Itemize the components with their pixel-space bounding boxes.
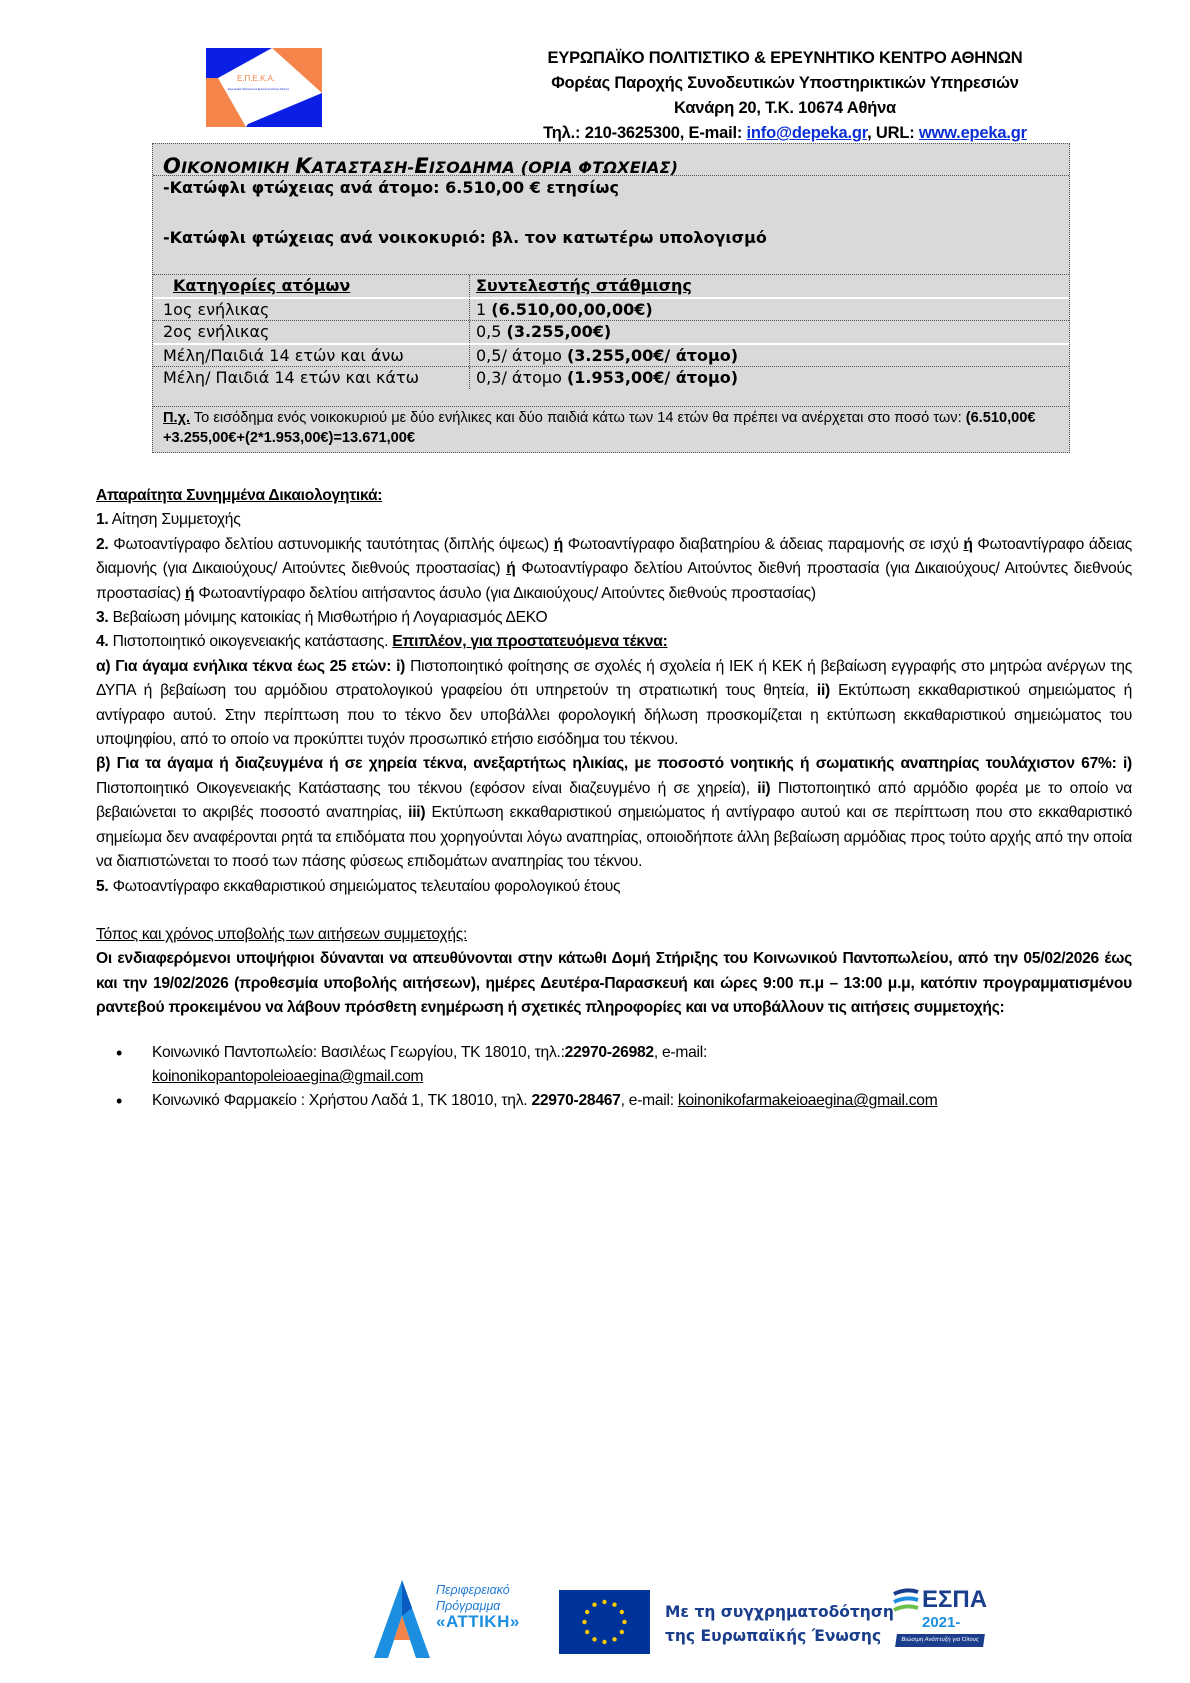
threshold-per-household: -Κατώφλι φτώχειας ανά νοικοκυριό: βλ. το… xyxy=(163,228,767,247)
contact-item: Κοινωνικό Φαρμακείο : Χρήστου Λαδά 1, ΤΚ… xyxy=(96,1089,1132,1113)
website-link[interactable]: www.epeka.gr xyxy=(919,124,1027,142)
table-row: Μέλη/Παιδιά 14 ετών και άνω 0,5/ άτομο (… xyxy=(153,343,1069,366)
contact-item: Κοινωνικό Παντοπωλείο: Βασιλέως Γεωργίου… xyxy=(96,1041,1132,1090)
epeka-logo: Ε.Π.Ε.Κ.Α. Ευρωπαϊκό Πολιτιστικό & Ερευν… xyxy=(206,48,322,127)
row-category: Μέλη/ Παιδιά 14 ετών και κάτω xyxy=(163,368,419,387)
eu-flag-icon xyxy=(559,1590,650,1654)
url-label: , URL: xyxy=(867,124,919,142)
table-row: 2ος ενήλικας 0,5 (3.255,00€) xyxy=(153,320,1069,343)
document-item-3: 3. Βεβαίωση μόνιμης κατοικίας ή Μισθωτήρ… xyxy=(96,606,1132,630)
org-subtitle: Φορέας Παροχής Συνοδευτικών Υποστηρικτικ… xyxy=(440,71,1130,96)
contact-email-link[interactable]: koinonikopantopoleioaegina@gmail.com xyxy=(152,1068,423,1085)
document-item-4a: α) Για άγαμα ενήλικα τέκνα έως 25 ετών: … xyxy=(96,655,1132,753)
contact-list: Κοινωνικό Παντοπωλείο: Βασιλέως Γεωργίου… xyxy=(96,1041,1132,1114)
income-threshold-box: ΟΙΚΟΝΟΜΙΚΗ ΚΑΤΑΣΤΑΣΗ-ΕΙΣΟΔΗΜΑ (ΟΡΙΑ ΦΤΩΧ… xyxy=(152,143,1070,453)
header-factor: Συντελεστής στάθμισης xyxy=(476,276,692,295)
email-link[interactable]: info@depeka.gr xyxy=(747,124,868,142)
table-row: 1ος ενήλικας 1 (6.510,00,00,00€) xyxy=(153,297,1069,320)
funding-logos: Περιφερειακό Πρόγραμμα «ΑΤΤΙΚΗ» Με τη συ… xyxy=(372,1578,1012,1668)
svg-text:Ε.Π.Ε.Κ.Α.: Ε.Π.Ε.Κ.Α. xyxy=(237,74,275,83)
org-name: ΕΥΡΩΠΑΪΚΟ ΠΟΛΙΤΙΣΤΙΚΟ & ΕΡΕΥΝΗΤΙΚΟ ΚΕΝΤΡ… xyxy=(440,46,1130,71)
submission-heading: Τόπος και χρόνος υποβολής των αιτήσεων σ… xyxy=(96,923,1132,947)
calculation-example: Π.χ. Το εισόδημα ενός νοικοκυριού με δύο… xyxy=(153,406,1069,448)
threshold-per-person: -Κατώφλι φτώχειας ανά άτομο: 6.510,00 € … xyxy=(163,178,619,197)
document-item-4b: β) Για τα άγαμα ή διαζευγμένα ή σε χηρεί… xyxy=(96,752,1132,874)
row-factor: 0,5/ άτομο (3.255,00€/ άτομο) xyxy=(476,346,738,365)
document-item-2: 2. Φωτοαντίγραφο δελτίου αστυνομικής ταυ… xyxy=(96,533,1132,606)
document-item-4: 4. Πιστοποιητικό οικογενειακής κατάσταση… xyxy=(96,630,1132,654)
espa-waves-icon xyxy=(892,1588,920,1618)
attiki-text: Περιφερειακό Πρόγραμμα «ΑΤΤΙΚΗ» xyxy=(436,1582,520,1630)
org-address: Κανάρη 20, Τ.Κ. 10674 Αθήνα xyxy=(440,96,1130,121)
attiki-a-icon xyxy=(372,1578,434,1663)
weighting-table: Κατηγορίες ατόμων Συντελεστής στάθμισης … xyxy=(153,274,1069,389)
document-body: Απαραίτητα Συνημμένα Δικαιολογητικά: 1. … xyxy=(96,484,1132,1114)
example-label: Π.χ. xyxy=(163,410,190,426)
row-factor: 1 (6.510,00,00,00€) xyxy=(476,300,653,319)
eu-cofunding-text: Με τη συγχρηματοδότηση της Ευρωπαϊκής Έν… xyxy=(665,1600,894,1648)
contact-email-link[interactable]: koinonikofarmakeioaegina@gmail.com xyxy=(678,1092,938,1109)
epeka-logo-graphic: Ε.Π.Ε.Κ.Α. Ευρωπαϊκό Πολιτιστικό & Ερευν… xyxy=(206,48,322,127)
row-factor: 0,5 (3.255,00€) xyxy=(476,322,611,341)
svg-text:Ευρωπαϊκό Πολιτιστικό & Ερευνη: Ευρωπαϊκό Πολιτιστικό & Ερευνητικό Κέντρ… xyxy=(228,87,290,91)
espa-name: ΕΣΠΑ xyxy=(922,1586,987,1614)
espa-logo: ΕΣΠΑ 2021-2027 Βιώσιμη Ανάπτυξη για Όλου… xyxy=(892,1586,992,1656)
table-header-row: Κατηγορίες ατόμων Συντελεστής στάθμισης xyxy=(153,274,1069,297)
header-categories: Κατηγορίες ατόμων xyxy=(173,276,350,295)
row-category: 2ος ενήλικας xyxy=(163,322,269,341)
document-item-5: 5. Φωτοαντίγραφο εκκαθαριστικού σημειώμα… xyxy=(96,875,1132,899)
phone-label: Τηλ.: 210-3625300, E-mail: xyxy=(543,124,746,142)
document-item-1: 1. Αίτηση Συμμετοχής xyxy=(96,508,1132,532)
row-category: Μέλη/Παιδιά 14 ετών και άνω xyxy=(163,346,404,365)
attiki-program-logo: Περιφερειακό Πρόγραμμα «ΑΤΤΙΚΗ» xyxy=(372,1578,522,1663)
espa-tagline: Βιώσιμη Ανάπτυξη για Όλους xyxy=(895,1634,985,1647)
row-factor: 0,3/ άτομο (1.953,00€/ άτομο) xyxy=(476,368,738,387)
row-category: 1ος ενήλικας xyxy=(163,300,269,319)
divider xyxy=(153,175,1069,176)
example-text: Το εισόδημα ενός νοικοκυριού με δύο ενήλ… xyxy=(190,410,966,426)
submission-text: Οι ενδιαφερόμενοι υποψήφιοι δύνανται να … xyxy=(96,947,1132,1020)
documents-heading: Απαραίτητα Συνημμένα Δικαιολογητικά: xyxy=(96,484,1132,508)
table-row: Μέλη/ Παιδιά 14 ετών και κάτω 0,3/ άτομο… xyxy=(153,366,1069,389)
organization-header: ΕΥΡΩΠΑΪΚΟ ΠΟΛΙΤΙΣΤΙΚΟ & ΕΡΕΥΝΗΤΙΚΟ ΚΕΝΤΡ… xyxy=(440,46,1130,146)
